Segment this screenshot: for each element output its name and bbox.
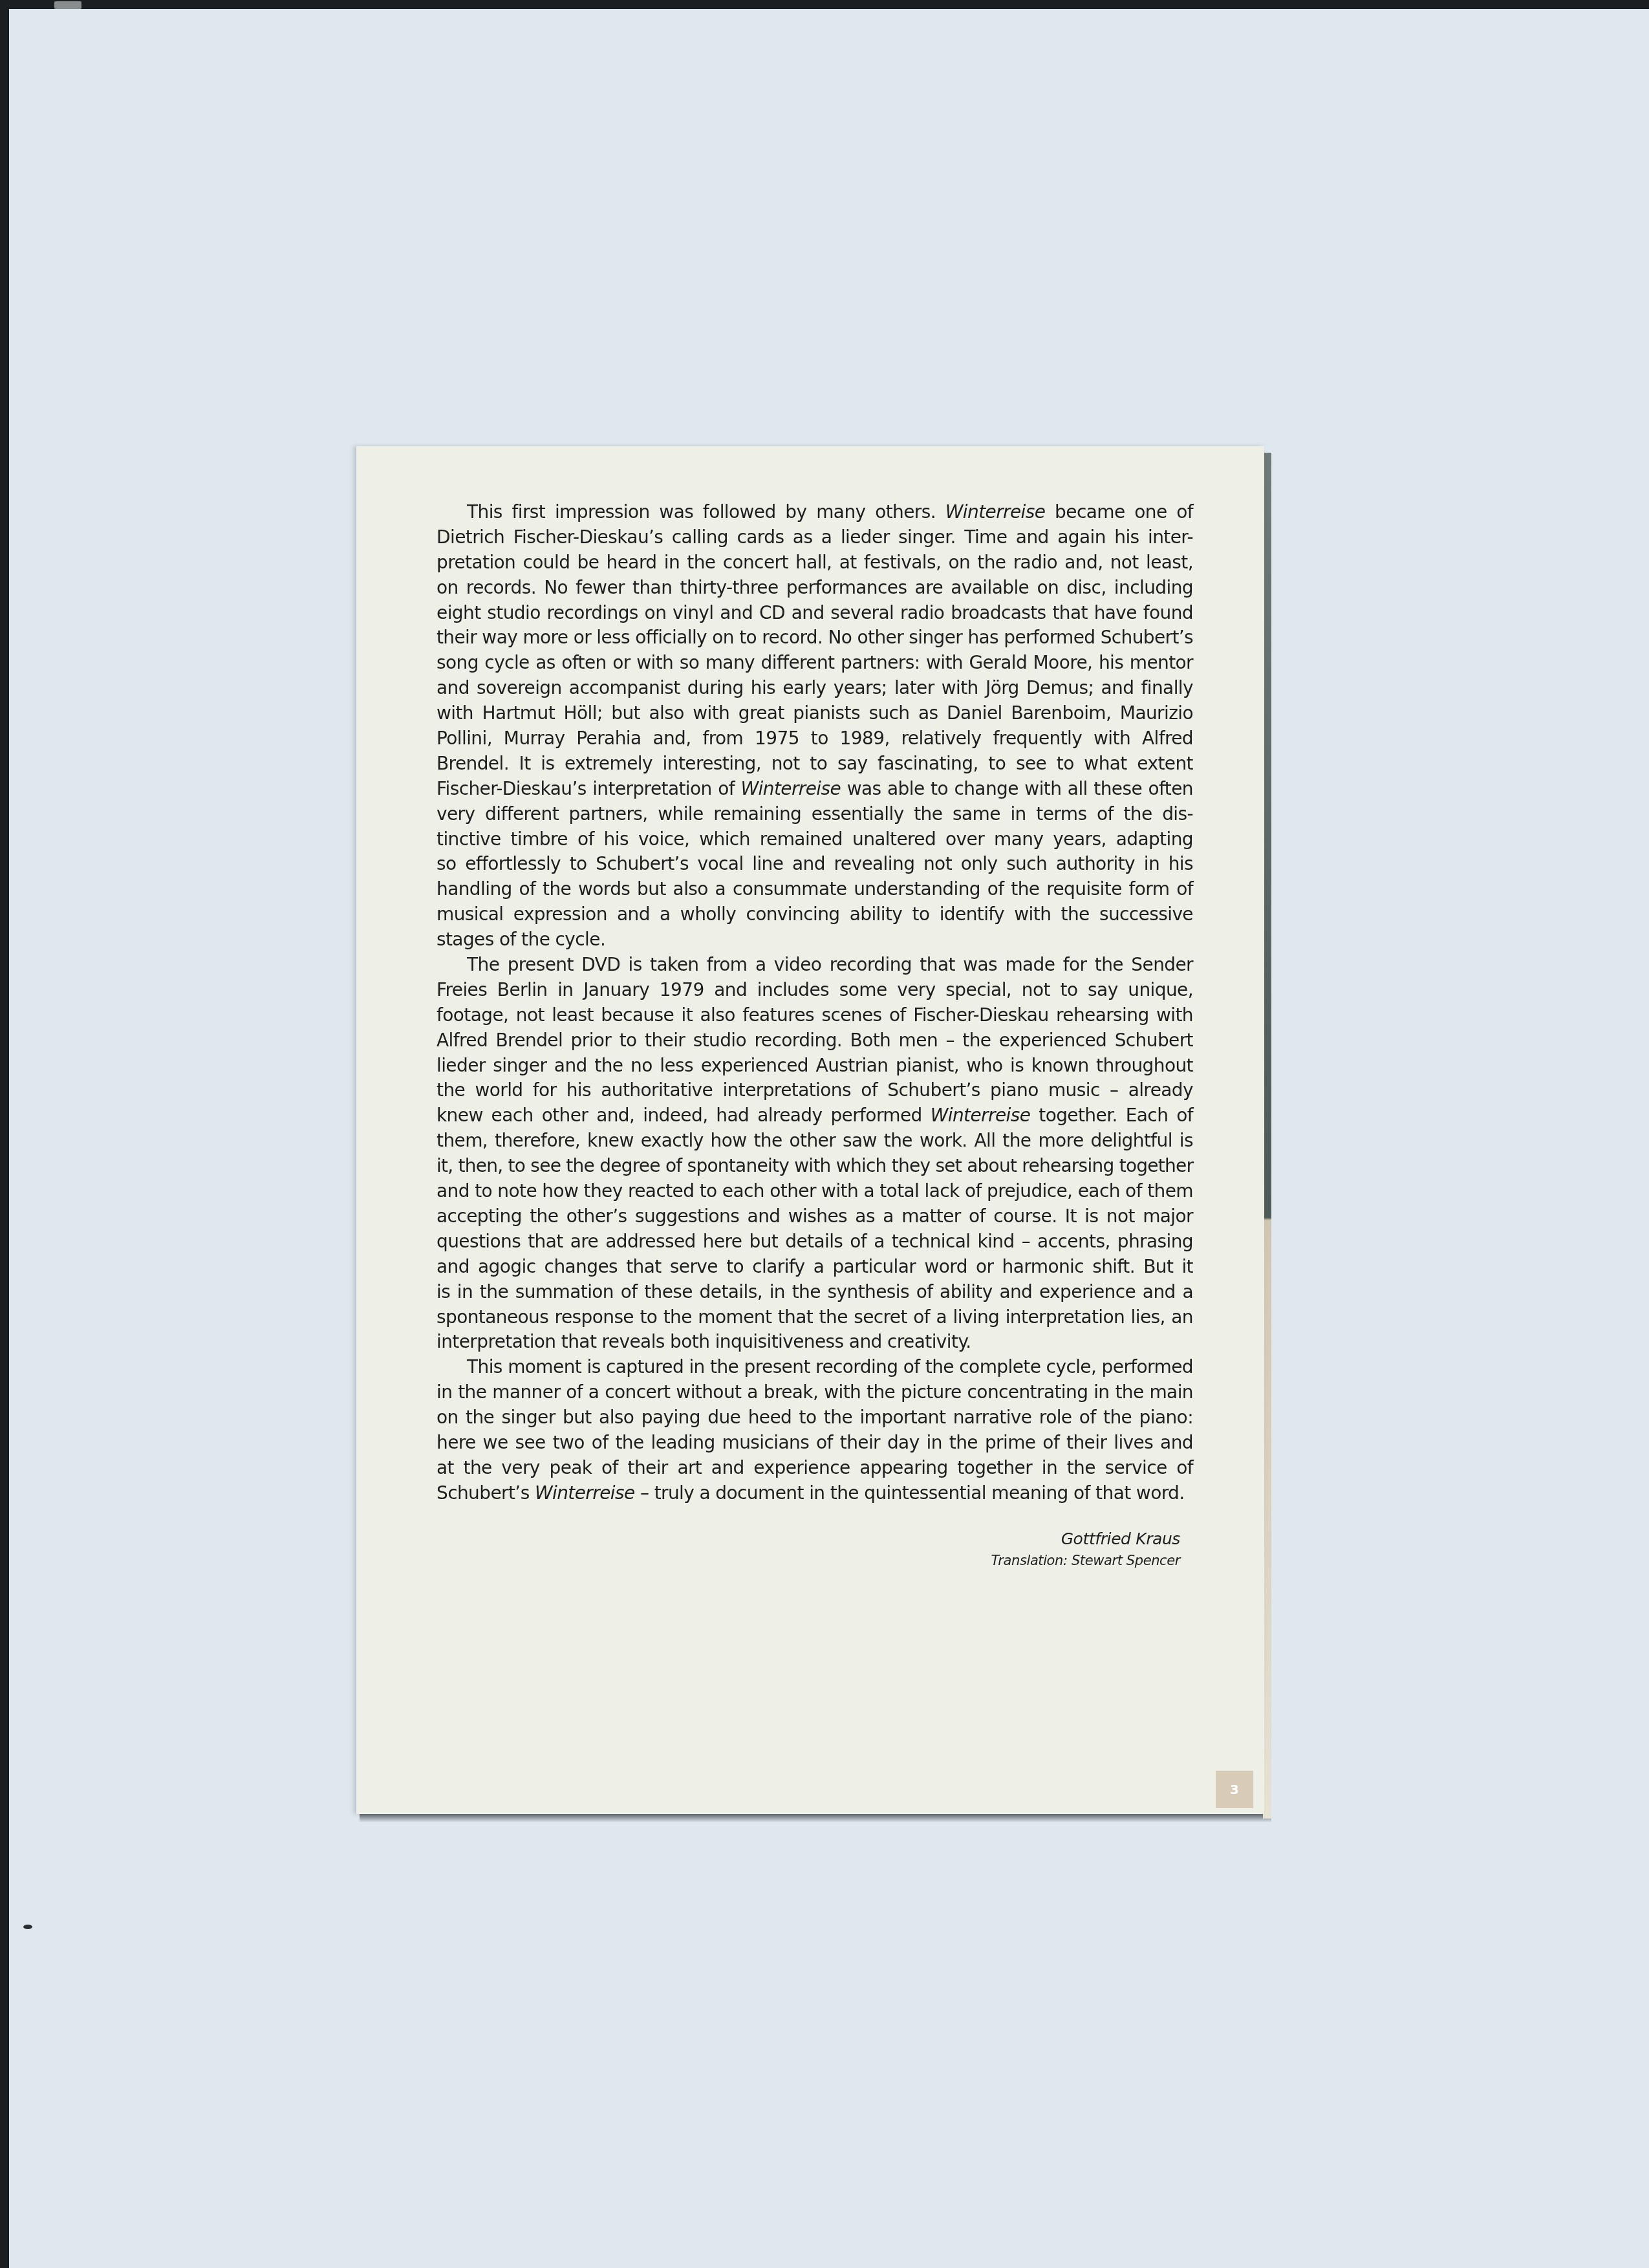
text-line: so effortlessly to Schubert’s vocal line… xyxy=(436,852,1193,877)
text-line: Brendel. It is extremely interesting, no… xyxy=(436,751,1193,777)
work-title: Winterreise xyxy=(535,1482,635,1504)
text-line: here we see two of the leading musicians… xyxy=(436,1431,1193,1456)
text-line: handling of the words but also a consumm… xyxy=(436,877,1193,902)
text-line: accepting the other’s suggestions and wi… xyxy=(436,1204,1193,1229)
text-line: very different partners, while remaining… xyxy=(436,802,1193,827)
scanner-border-top xyxy=(0,0,1649,9)
work-title: Winterreise xyxy=(931,1105,1031,1126)
text-line: on the singer but also paying due heed t… xyxy=(436,1405,1193,1431)
essay-body: This first impression was followed by ma… xyxy=(436,500,1193,1506)
author-name: Gottfried Kraus xyxy=(991,1528,1181,1551)
text-line: tinctive timbre of his voice, which rema… xyxy=(436,827,1193,852)
text-line: with Hartmut Höll; but also with great p… xyxy=(436,701,1193,726)
text-line: spontaneous response to the moment that … xyxy=(436,1305,1193,1330)
text-line: questions that are addressed here but de… xyxy=(436,1229,1193,1255)
text-line: song cycle as often or with so many diff… xyxy=(436,651,1193,676)
text-line: and agogic changes that serve to clarify… xyxy=(436,1255,1193,1280)
text-line: stages of the cycle. xyxy=(436,927,1193,953)
text-line: them, therefore, knew exactly how the ot… xyxy=(436,1129,1193,1154)
text-line: Fischer-Dieskau’s interpretation of Wint… xyxy=(436,777,1193,802)
booklet-page: This first impression was followed by ma… xyxy=(356,446,1264,1814)
text-line: The present DVD is taken from a video re… xyxy=(436,953,1193,978)
text-line: lieder singer and the no less experience… xyxy=(436,1053,1193,1079)
work-title: Winterreise xyxy=(740,778,841,799)
text-line: eight studio recordings on vinyl and CD … xyxy=(436,601,1193,626)
text-line: the world for his authoritative interpre… xyxy=(436,1078,1193,1103)
text-line: it, then, to see the degree of spontanei… xyxy=(436,1154,1193,1179)
scanner-border-left xyxy=(0,0,9,2268)
text-line: Alfred Brendel prior to their studio rec… xyxy=(436,1028,1193,1053)
text-line: pretation could be heard in the concert … xyxy=(436,550,1193,576)
text-line: This first impression was followed by ma… xyxy=(436,500,1193,525)
text-line: at the very peak of their art and experi… xyxy=(436,1456,1193,1481)
dust-speck xyxy=(23,1925,32,1929)
text-line: Pollini, Murray Perahia and, from 1975 t… xyxy=(436,726,1193,751)
text-line: This moment is captured in the present r… xyxy=(436,1355,1193,1380)
scanner-clip xyxy=(54,1,81,9)
text-line: and to note how they reacted to each oth… xyxy=(436,1179,1193,1204)
text-line: Freies Berlin in January 1979 and includ… xyxy=(436,978,1193,1003)
text-line: Schubert’s Winterreise – truly a documen… xyxy=(436,1481,1193,1506)
page-number-badge: 3 xyxy=(1216,1771,1253,1808)
text-line: in the manner of a concert without a bre… xyxy=(436,1380,1193,1405)
text-line: and sovereign accompanist during his ear… xyxy=(436,676,1193,701)
text-line: knew each other and, indeed, had already… xyxy=(436,1103,1193,1129)
text-line: musical expression and a wholly convinci… xyxy=(436,902,1193,927)
text-line: footage, not least because it also featu… xyxy=(436,1003,1193,1028)
text-line: is in the summation of these details, in… xyxy=(436,1280,1193,1305)
signature-block: Gottfried Kraus Translation: Stewart Spe… xyxy=(991,1528,1181,1570)
text-line: interpretation that reveals both inquisi… xyxy=(436,1330,1193,1355)
text-line: on records. No fewer than thirty-three p… xyxy=(436,576,1193,601)
work-title: Winterreise xyxy=(945,501,1046,523)
text-line: their way more or less officially on to … xyxy=(436,625,1193,651)
text-line: Dietrich Fischer-Dieskau’s calling cards… xyxy=(436,525,1193,550)
translator-credit: Translation: Stewart Spencer xyxy=(991,1551,1181,1570)
